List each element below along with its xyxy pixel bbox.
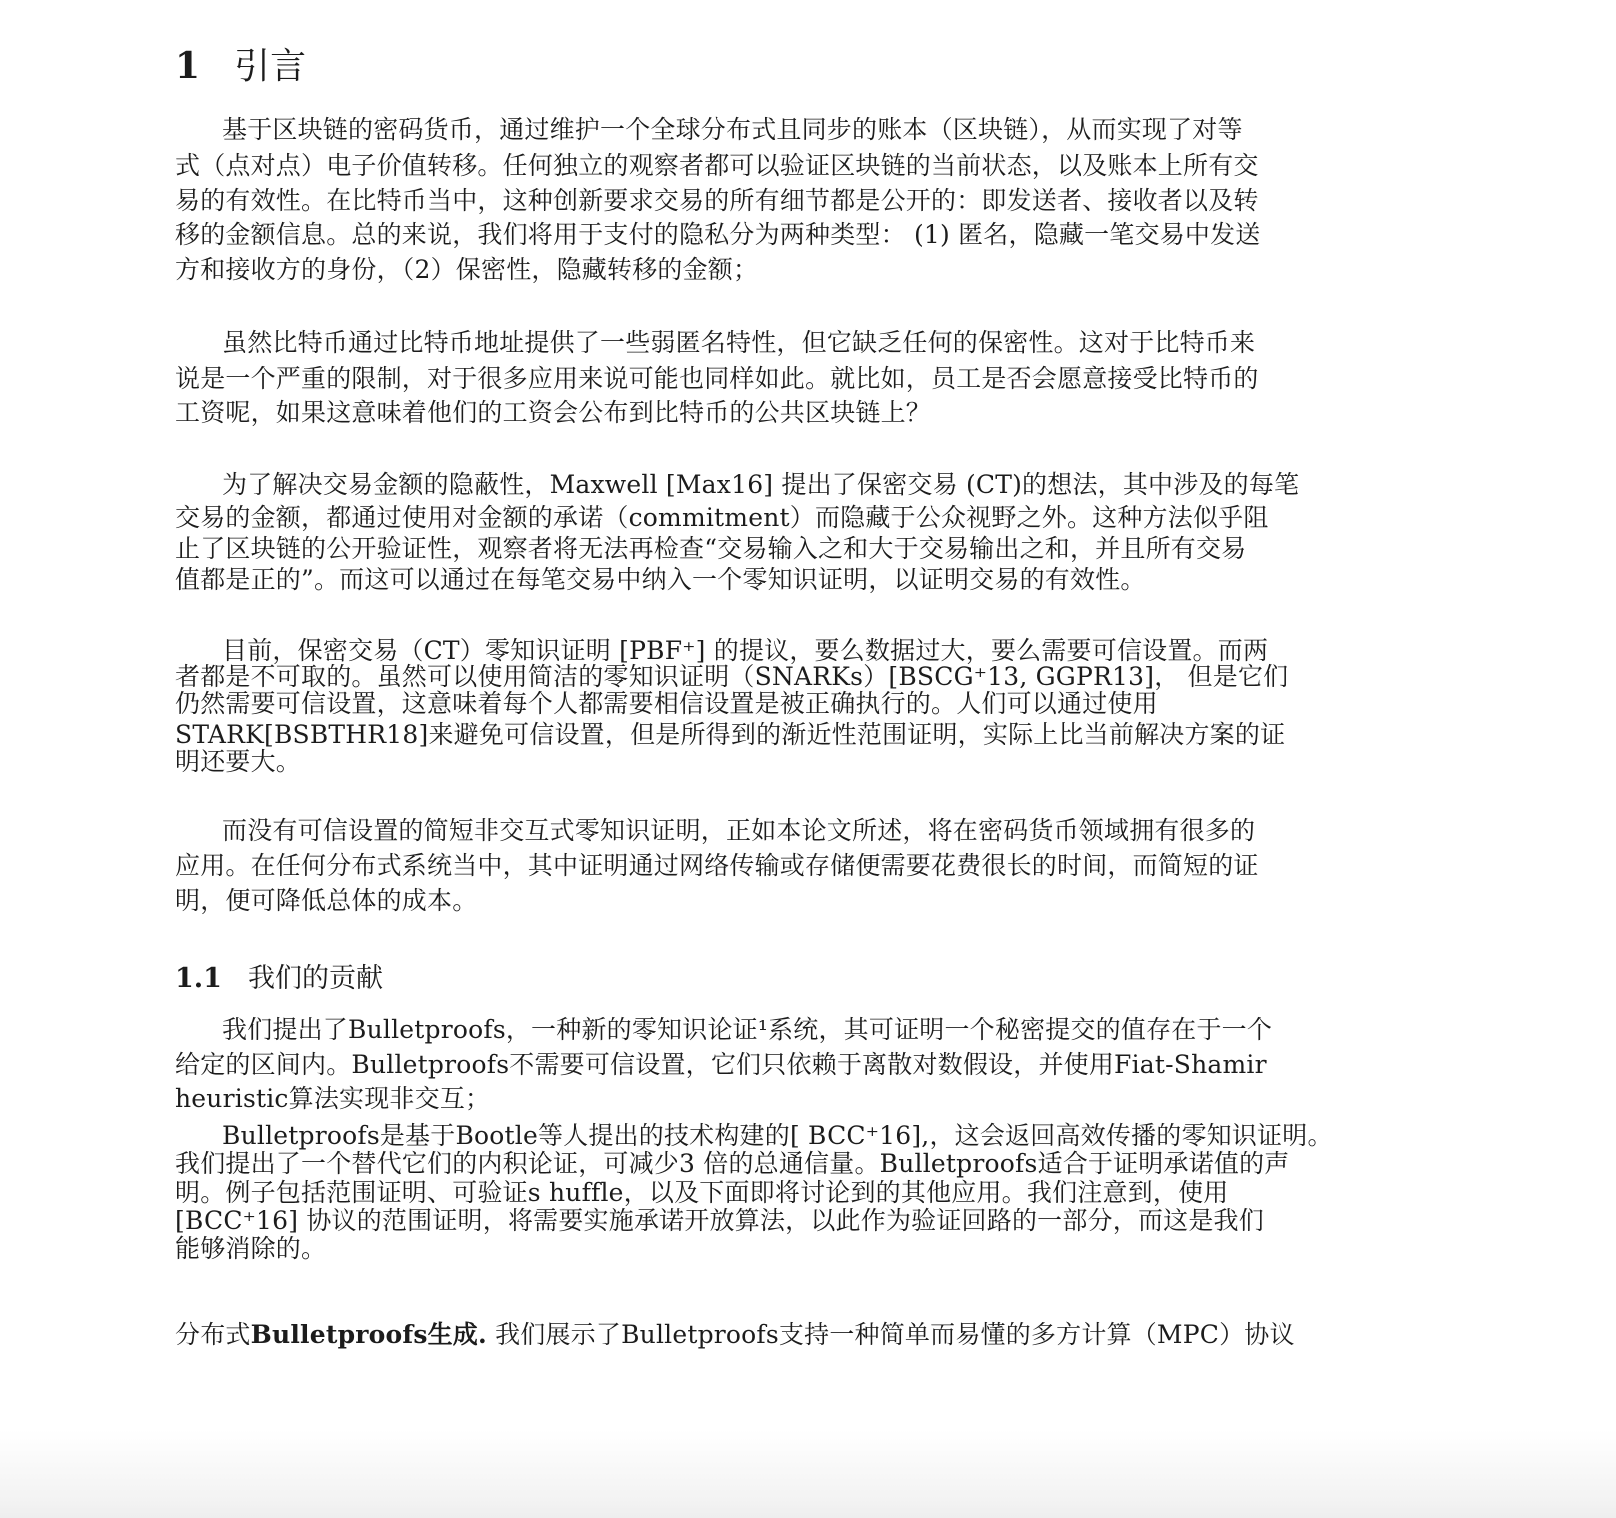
- subsection-title: 我们的贡献: [248, 963, 383, 994]
- paragraph-line: 移的金额信息。总的来说，我们将用于支付的隐私分为两种类型： (1) 匿名，隐藏一…: [175, 220, 1261, 250]
- paragraph-line: 我们提出了Bulletproofs，一种新的零知识论证¹系统，其可证明一个秘密提…: [222, 1015, 1272, 1045]
- paragraph-line: 目前，保密交易（CT）零知识证明 [PBF⁺] 的提议，要么数据过大，要么需要可…: [222, 637, 1268, 664]
- paragraph-line: 值都是正的”。而这可以通过在每笔交易中纳入一个零知识证明，以证明交易的有效性。: [175, 565, 1146, 595]
- paragraph-line: 仍然需要可信设置，这意味着每个人都需要相信设置是被正确执行的。人们可以通过使用: [175, 690, 1158, 717]
- paragraph-line: 者都是不可取的。虽然可以使用简洁的零知识证明（SNARKs）[BSCG⁺13, …: [175, 663, 1288, 690]
- paragraph-line: 方和接收方的身份，（2）保密性，隐藏转移的金额；: [175, 255, 758, 285]
- paragraph-line: Bulletproofs是基于Bootle等人提出的技术构建的[ BCC⁺16]…: [222, 1122, 1333, 1149]
- paragraph-line: STARK[BSBTHR18]来避免可信设置，但是所得到的渐近性范围证明，实际上…: [175, 721, 1285, 748]
- runin-bold-suffix: 生成.: [428, 1320, 487, 1349]
- paragraph-line: 给定的区间内。Bulletproofs不需要可信设置，它们只依赖于离散对数假设，…: [175, 1050, 1267, 1080]
- paragraph-line: 明，便可降低总体的成本。: [175, 886, 477, 916]
- paragraph-line: 基于区块链的密码货币，通过维护一个全球分布式且同步的账本（区块链），从而实现了对…: [222, 115, 1243, 145]
- paragraph-line: 能够消除的。: [175, 1235, 326, 1262]
- paragraph-line: 为了解决交易金额的隐蔽性，Maxwell [Max16] 提出了保密交易 (CT…: [222, 470, 1299, 500]
- paragraph-line: [BCC⁺16] 协议的范围证明，将需要实施承诺开放算法，以此作为验证回路的一部…: [175, 1207, 1264, 1234]
- paragraph-line: 工资呢，如果这意味着他们的工资会公布到比特币的公共区块链上？: [175, 398, 931, 428]
- section-number: 1: [175, 45, 200, 87]
- paragraph-line-runin: 分布式Bulletproofs生成. 我们展示了Bulletproofs支持一种…: [175, 1320, 1295, 1350]
- paragraph-line: heuristic算法实现非交互；: [175, 1084, 490, 1114]
- section-title: 引言: [234, 46, 306, 87]
- section-heading: 1引言: [175, 44, 306, 89]
- paragraph-line: 明。例子包括范围证明、可验证s huffle，以及下面即将讨论到的其他应用。我们…: [175, 1179, 1228, 1206]
- subsection-number: 1.1: [175, 963, 222, 994]
- runin-bold-term: Bulletproofs: [251, 1320, 428, 1349]
- runin-prefix: 分布式: [175, 1320, 251, 1349]
- paragraph-line: 止了区块链的公开验证性，观察者将无法再检查“交易输入之和大于交易输出之和，并且所…: [175, 534, 1246, 564]
- paragraph-line: 交易的金额，都通过使用对金额的承诺（commitment）而隐藏于公众视野之外。…: [175, 503, 1269, 533]
- subsection-heading: 1.1我们的贡献: [175, 962, 383, 996]
- paragraph-line: 虽然比特币通过比特币地址提供了一些弱匿名特性，但它缺乏任何的保密性。这对于比特币…: [222, 328, 1255, 358]
- paper-page: 1引言 基于区块链的密码货币，通过维护一个全球分布式且同步的账本（区块链），从而…: [0, 0, 1616, 1518]
- runin-text: 我们展示了Bulletproofs支持一种简单而易懂的多方计算（MPC）协议: [487, 1320, 1295, 1349]
- paragraph-line: 易的有效性。在比特币当中，这种创新要求交易的所有细节都是公开的：即发送者、接收者…: [175, 186, 1259, 216]
- paragraph-line: 式（点对点）电子价值转移。任何独立的观察者都可以验证区块链的当前状态，以及账本上…: [175, 151, 1259, 181]
- paragraph-line: 应用。在任何分布式系统当中，其中证明通过网络传输或存储便需要花费很长的时间，而简…: [175, 851, 1259, 881]
- paragraph-line: 我们提出了一个替代它们的内积论证，可减少3 倍的总通信量。Bulletproof…: [175, 1150, 1290, 1177]
- paragraph-line: 而没有可信设置的简短非交互式零知识证明，正如本论文所述，将在密码货币领域拥有很多…: [222, 816, 1255, 846]
- paragraph-line: 明还要大。: [175, 748, 301, 775]
- paragraph-line: 说是一个严重的限制，对于很多应用来说可能也同样如此。就比如，员工是否会愿意接受比…: [175, 364, 1259, 394]
